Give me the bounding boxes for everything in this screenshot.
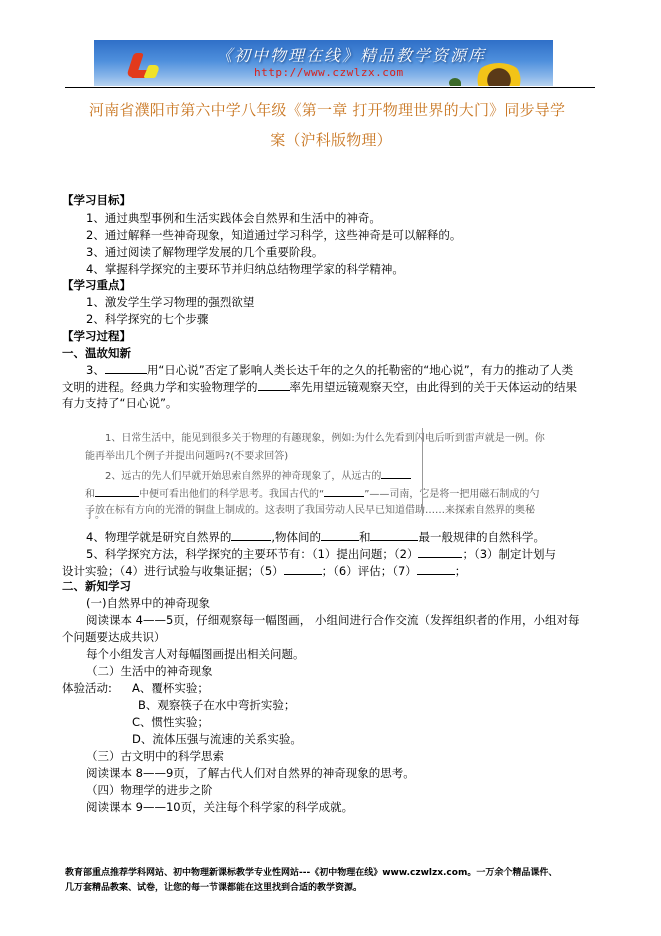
site-banner: 《初中物理在线》精品教学资源库 http://www.czwlzx.com	[94, 40, 553, 86]
footer-line-2: 几万套精品教案、试卷，让您的每一节课都能在这里找到合适的教学资源。	[65, 880, 362, 893]
answer-blank[interactable]	[284, 562, 322, 575]
keypoint-item: 1、激发学生学习物理的强烈欲望	[86, 294, 254, 310]
scanned-line-end: 了。	[85, 508, 105, 524]
banner-url[interactable]: http://www.czwlzx.com	[254, 66, 404, 79]
document-title-line-1: 河南省濮阳市第六中学八年级《第一章 打开物理世界的大门》同步导学	[89, 99, 619, 120]
activity-item: A、覆杯实验；	[132, 680, 209, 696]
part-1-text-2: 每个小组发言人对每幅图画提出相关问题。	[86, 646, 305, 662]
leaf-icon	[449, 78, 461, 86]
part-1-title: (一)自然界中的神奇现象	[86, 595, 210, 611]
part-4-title: （四）物理学的进步之阶	[86, 782, 213, 798]
part-1-text: 阅读课本 4——5页，仔细观察每一幅图画， 小组间进行合作交流（发挥组织者的作用…	[86, 612, 579, 628]
scanned-question-image: 1、日常生活中，能见到很多关于物理的有趣现象，例如:为什么先看到闪电后听到雷声就…	[85, 428, 575, 518]
activity-label: 体验活动:	[62, 680, 112, 696]
answer-blank[interactable]	[105, 361, 147, 374]
answer-blank[interactable]	[418, 545, 462, 558]
question-5-line-1: 5、科学探究方法，科学探究的主要环节有：（1）提出问题；（2）；（3）制定计划与	[86, 545, 556, 562]
question-3-line-3: 有力支持了“日心说”。	[62, 395, 177, 411]
answer-blank[interactable]	[417, 562, 455, 575]
objective-item: 2、通过解释一些神奇现象，知道通过学习科学，这些神奇是可以解释的。	[86, 227, 461, 243]
part-3-title: （三）古文明中的科学思索	[86, 748, 224, 764]
question-3-line-2: 文明的进程。经典力学和实验物理学的率先用望远镜观察天空，由此得到的关于天体运动的…	[62, 378, 577, 395]
answer-blank[interactable]	[370, 528, 418, 541]
activity-item: D、流体压强与流速的关系实验。	[132, 731, 302, 747]
question-3-line-1: 3、用“日心说”否定了影响人类长达千年的之久的托勒密的“地心说”，有力的推动了人…	[86, 361, 573, 378]
answer-blank[interactable]	[321, 528, 359, 541]
objective-item: 1、通过典型事例和生活实践体会自然界和生活中的神奇。	[86, 210, 381, 226]
divider-line	[422, 428, 423, 516]
keypoint-item: 2、科学探究的七个步骤	[86, 311, 208, 327]
objective-item: 4、掌握科学探究的主要环节并归纳总结物理学家的科学精神。	[86, 261, 404, 277]
keypoints-heading: 【学习重点】	[62, 277, 131, 293]
new-knowledge-heading: 二、新知学习	[62, 578, 131, 594]
question-4: 4、物理学就是研究自然界的,物体间的和最一般规律的自然科学。	[86, 528, 545, 545]
activity-item: C、惯性实验；	[132, 714, 209, 730]
objectives-heading: 【学习目标】	[62, 192, 131, 208]
part-1-text-cont: 个问题要达成共识）	[62, 629, 166, 645]
document-title-line-2: 案（沪科版物理）	[66, 129, 596, 150]
part-2-title: （二）生活中的神奇现象	[86, 663, 213, 679]
part-3-text: 阅读课本 8——9页，了解古代人们对自然界的神奇现象的思考。	[86, 765, 415, 781]
question-5-line-2: 设计实验；（4）进行试验与收集证据；（5）；（6）评估；（7）；	[62, 562, 466, 579]
answer-blank[interactable]	[258, 378, 290, 391]
sunflower-icon	[474, 63, 524, 86]
footer-line-1: 教育部重点推荐学科网站、初中物理新课标教学专业性网站---《初中物理在线》www…	[65, 865, 557, 878]
part-4-text: 阅读课本 9——10页，关注每个科学家的科学成就。	[86, 799, 353, 815]
banner-title: 《初中物理在线》精品教学资源库	[216, 43, 476, 66]
logo-icon-accent	[143, 65, 160, 78]
review-heading: 一、温故知新	[62, 345, 131, 361]
process-heading: 【学习过程】	[62, 328, 131, 344]
activity-item: B、观察筷子在水中弯折实验；	[138, 697, 295, 713]
answer-blank[interactable]	[231, 528, 271, 541]
objective-item: 3、通过阅读了解物理学发展的几个重要阶段。	[86, 244, 323, 260]
header-rule	[65, 87, 595, 88]
